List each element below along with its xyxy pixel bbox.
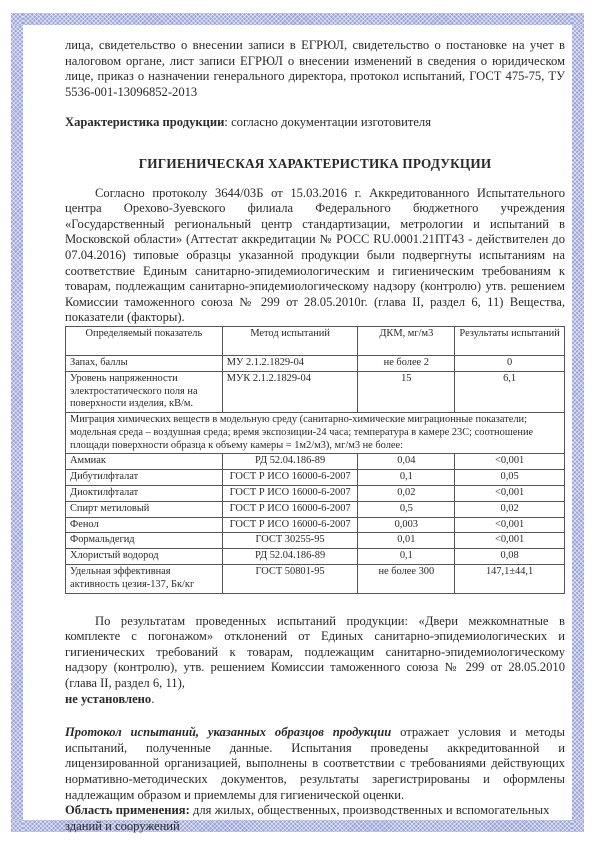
cell-limit: 0,01 — [358, 533, 455, 549]
intro-paragraph: лица, свидетельство о внесении записи в … — [65, 38, 565, 100]
cell-result: 0,08 — [455, 549, 565, 565]
conclusion-paragraph: По результатам проведенных испытаний про… — [65, 614, 565, 708]
cell-limit: 0,02 — [358, 486, 455, 502]
cell-method: ГОСТ Р ИСО 16000-6-2007 — [222, 470, 358, 486]
header-indicator: Определяемый показатель — [66, 326, 223, 355]
protocol-note-lead: Протокол испытаний, указанных образцов п… — [65, 725, 391, 739]
conclusion-verdict-suffix: . — [151, 692, 154, 706]
cell-indicator: Аммиак — [66, 454, 223, 470]
product-characteristic-value: : согласно документации изготовителя — [224, 115, 431, 129]
cell-result: 0 — [455, 355, 565, 371]
cell-method: МУК 2.1.2.1829-04 — [222, 371, 358, 412]
cell-result: <0,001 — [455, 486, 565, 502]
product-characteristic: Характеристика продукции: согласно докум… — [65, 115, 565, 131]
table-row: ДибутилфталатГОСТ Р ИСО 16000-6-20070,10… — [66, 470, 565, 486]
cell-indicator: Удельная эффективная активность цезия-13… — [66, 565, 223, 594]
cell-result: 6,1 — [455, 371, 565, 412]
cell-indicator: Уровень напряженности электростатическог… — [66, 371, 223, 412]
cell-method: ГОСТ Р ИСО 16000-6-2007 — [222, 517, 358, 533]
protocol-note: Протокол испытаний, указанных образцов п… — [65, 725, 565, 803]
cell-method: МУ 2.1.2.1829-04 — [222, 355, 358, 371]
table-row: Удельная эффективная активность цезия-13… — [66, 565, 565, 594]
cell-result: 0,05 — [455, 470, 565, 486]
cell-indicator: Формальдегид — [66, 533, 223, 549]
table-row: ФенолГОСТ Р ИСО 16000-6-20070,003<0,001 — [66, 517, 565, 533]
header-limit: ДКМ, мг/м3 — [358, 326, 455, 355]
cell-method: ГОСТ 30255-95 — [222, 533, 358, 549]
conclusion-verdict: не установлено — [65, 692, 151, 706]
cell-limit: 0,5 — [358, 501, 455, 517]
cell-limit: 0,04 — [358, 454, 455, 470]
cell-indicator: Спирт метиловый — [66, 501, 223, 517]
cell-limit: 15 — [358, 371, 455, 412]
cell-limit: 0,1 — [358, 470, 455, 486]
cell-limit: 0,003 — [358, 517, 455, 533]
cell-method: ГОСТ Р ИСО 16000-6-2007 — [222, 486, 358, 502]
results-table: Определяемый показатель Метод испытаний … — [65, 326, 565, 594]
table-row: ДиоктилфталатГОСТ Р ИСО 16000-6-20070,02… — [66, 486, 565, 502]
table-row: АммиакРД 52.04.186-890,04<0,001 — [66, 454, 565, 470]
cell-method: РД 52.04.186-89 — [222, 549, 358, 565]
table-row: Спирт метиловыйГОСТ Р ИСО 16000-6-20070,… — [66, 501, 565, 517]
scope-paragraph: Область применения: для жилых, обществен… — [65, 803, 565, 834]
table-header-row: Определяемый показатель Метод испытаний … — [66, 326, 565, 355]
cell-limit: 0,1 — [358, 549, 455, 565]
cell-result: 0,02 — [455, 501, 565, 517]
scope-label: Область применения: — [65, 803, 190, 817]
product-characteristic-label: Характеристика продукции — [65, 115, 224, 129]
migration-note: Миграция химических веществ в модельную … — [66, 413, 565, 454]
cell-method: ГОСТ Р ИСО 16000-6-2007 — [222, 501, 358, 517]
protocol-paragraph: Согласно протоколу 3644/03Б от 15.03.201… — [65, 186, 565, 326]
cell-indicator: Дибутилфталат — [66, 470, 223, 486]
table-row: Хлористый водородРД 52.04.186-890,10,08 — [66, 549, 565, 565]
cell-indicator: Фенол — [66, 517, 223, 533]
table-row: Запах, баллыМУ 2.1.2.1829-04не более 20 — [66, 355, 565, 371]
cell-result: 147,1±44,1 — [455, 565, 565, 594]
header-method: Метод испытаний — [222, 326, 358, 355]
section-heading: ГИГИЕНИЧЕСКАЯ ХАРАКТЕРИСТИКА ПРОДУКЦИИ — [65, 156, 565, 172]
cell-limit: не более 300 — [358, 565, 455, 594]
migration-note-row: Миграция химических веществ в модельную … — [66, 413, 565, 454]
cell-method: РД 52.04.186-89 — [222, 454, 358, 470]
table-row: Уровень напряженности электростатическог… — [66, 371, 565, 412]
cell-indicator: Хлористый водород — [66, 549, 223, 565]
cell-limit: не более 2 — [358, 355, 455, 371]
cell-indicator: Диоктилфталат — [66, 486, 223, 502]
conclusion-text: По результатам проведенных испытаний про… — [65, 614, 565, 690]
cell-result: <0,001 — [455, 454, 565, 470]
header-result: Результаты испытаний — [455, 326, 565, 355]
cell-result: <0,001 — [455, 517, 565, 533]
table-row: ФормальдегидГОСТ 30255-950,01<0,001 — [66, 533, 565, 549]
document-body: лица, свидетельство о внесении записи в … — [65, 38, 565, 834]
cell-result: <0,001 — [455, 533, 565, 549]
cell-indicator: Запах, баллы — [66, 355, 223, 371]
cell-method: ГОСТ 50801-95 — [222, 565, 358, 594]
